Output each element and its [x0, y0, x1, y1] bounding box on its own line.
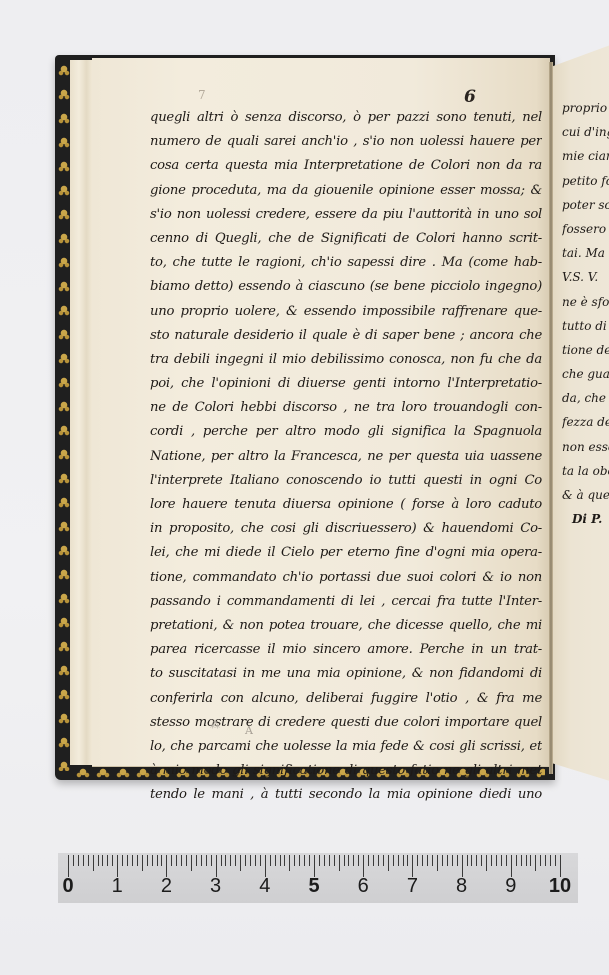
- ruler-tick: [442, 855, 443, 866]
- ruler-tick: [265, 855, 266, 877]
- ruler-tick: [191, 855, 192, 871]
- ruler-tick: [447, 855, 448, 866]
- ruler-tick: [353, 855, 354, 866]
- text-line: pretationi, & non potea trouare, che dic…: [150, 614, 542, 638]
- text-line: l'interprete Italiano conoscendo io tutt…: [150, 469, 542, 493]
- ghost-mark-signature: A: [245, 724, 253, 737]
- text-line: gione proceduta, ma da giouenile opinion…: [150, 179, 542, 203]
- text-line: quegli altri ò senza discorso, ò per paz…: [150, 106, 542, 130]
- text-line: à mio modo gli significatione di questo …: [150, 759, 542, 783]
- ruler-tick: [403, 855, 404, 866]
- ruler-tick: [407, 855, 408, 866]
- right-page-text-line: petito fosse: [562, 169, 609, 193]
- ruler-tick: [476, 855, 477, 866]
- ruler-tick: [324, 855, 325, 866]
- ruler-tick: [501, 855, 502, 866]
- ruler-tick: [206, 855, 207, 866]
- ruler-labels: 012345678910: [58, 875, 578, 901]
- text-line: to suscitatasi in me una mia opinione, &…: [150, 662, 542, 686]
- right-page-text-line: non essere,: [562, 435, 609, 459]
- ruler-tick: [550, 855, 551, 866]
- ruler-tick: [250, 855, 251, 866]
- ruler-tick: [275, 855, 276, 866]
- ruler-tick: [289, 855, 290, 871]
- ruler-label-6: 6: [358, 875, 369, 898]
- ruler-tick: [201, 855, 202, 866]
- ruler-tick: [540, 855, 541, 866]
- right-page-text-line: tai. Ma h: [562, 241, 609, 265]
- ruler-tick: [319, 855, 320, 866]
- ruler-tick: [270, 855, 271, 866]
- right-page-text-line: cui d'ingan: [562, 120, 609, 144]
- book-gutter: [549, 62, 553, 774]
- ruler-tick: [378, 855, 379, 866]
- ruler-tick: [511, 855, 512, 877]
- text-line: to, che tutte le ragioni, ch'io sapessi …: [150, 251, 542, 275]
- ruler-tick: [334, 855, 335, 866]
- ruler-tick: [280, 855, 281, 866]
- text-line: poi, che l'opinioni di diuerse genti int…: [150, 372, 542, 396]
- ruler-tick: [137, 855, 138, 866]
- text-line: Natione, per altro la Francesca, ne per …: [150, 445, 542, 469]
- ruler-tick: [122, 855, 123, 866]
- ruler-tick: [363, 855, 364, 877]
- ruler-tick: [427, 855, 428, 866]
- text-line: conferirla con alcuno, deliberai fuggire…: [150, 687, 542, 711]
- right-page-text-line: tutto di uog: [562, 314, 609, 338]
- ruler-tick: [176, 855, 177, 866]
- ruler-label-9: 9: [505, 875, 516, 898]
- ruler-label-3: 3: [210, 875, 221, 898]
- ruler-tick: [344, 855, 345, 866]
- ruler-tick: [166, 855, 167, 877]
- ruler-tick: [516, 855, 517, 866]
- ruler-tick: [467, 855, 468, 866]
- ruler-tick: [560, 855, 561, 877]
- ruler-label-8: 8: [456, 875, 467, 898]
- ruler-tick: [393, 855, 394, 866]
- ruler-label-5: 5: [308, 875, 319, 898]
- ruler-tick: [309, 855, 310, 866]
- ruler-tick: [329, 855, 330, 866]
- ghost-mark-top: 7: [198, 88, 206, 102]
- ruler-tick: [112, 855, 113, 866]
- ruler-tick: [457, 855, 458, 866]
- ruler-tick: [260, 855, 261, 866]
- text-line: cosa certa questa mia Interpretatione de…: [150, 154, 542, 178]
- ruler-tick: [437, 855, 438, 871]
- ruler-tick: [102, 855, 103, 866]
- ruler-tick: [73, 855, 74, 866]
- ruler-tick: [221, 855, 222, 866]
- ruler-tick: [412, 855, 413, 877]
- ruler-tick: [358, 855, 359, 866]
- ruler-tick: [127, 855, 128, 866]
- ruler-tick: [294, 855, 295, 866]
- ruler-tick: [530, 855, 531, 866]
- text-line: s'io non uolessi credere, essere da piu …: [150, 203, 542, 227]
- text-line: tione, commandato ch'io portassi due suo…: [150, 566, 542, 590]
- left-page-text: quegli altri ò senza discorso, ò per paz…: [150, 106, 542, 807]
- right-page-text-line: & à quella: [562, 483, 609, 507]
- ruler-tick: [181, 855, 182, 866]
- text-line: uno proprio uolere, & essendo impossibil…: [150, 300, 542, 324]
- ruler-tick: [230, 855, 231, 866]
- text-line: ne de Colori hebbi discorso , ne tra lor…: [150, 396, 542, 420]
- ruler-tick: [506, 855, 507, 866]
- text-line: stesso mostrare di credere questi due co…: [150, 711, 542, 735]
- ruler-tick: [98, 855, 99, 866]
- ruler-tick: [422, 855, 423, 866]
- text-line: parea ricercasse il mio sincero amore. P…: [150, 638, 542, 662]
- ruler-tick: [304, 855, 305, 866]
- text-line: tra debili ingegni il mio debilissimo co…: [150, 348, 542, 372]
- text-line: lo, che parcami che uolesse la mia fede …: [150, 735, 542, 759]
- ruler-tick: [68, 855, 69, 877]
- ruler-tick: [225, 855, 226, 866]
- text-line: cenno di Quegli, che de Significati de C…: [150, 227, 542, 251]
- right-page-text-line: mie cianze: [562, 144, 609, 168]
- ruler-tick: [521, 855, 522, 866]
- ruler-tick: [481, 855, 482, 866]
- ruler-tick: [245, 855, 246, 866]
- ruler-tick: [83, 855, 84, 866]
- ruler-tick: [496, 855, 497, 866]
- right-page-text-line: ne è sforza: [562, 290, 609, 314]
- ruler-tick: [373, 855, 374, 866]
- ruler-tick: [398, 855, 399, 866]
- ruler-tick: [545, 855, 546, 866]
- text-line: biamo detto) essendo à ciascuno (se bene…: [150, 275, 542, 299]
- ruler-tick: [186, 855, 187, 866]
- text-line: lore hauere tenuta diuersa opinione ( fo…: [150, 493, 542, 517]
- ruler-tick: [383, 855, 384, 866]
- ruler-tick: [147, 855, 148, 866]
- ruler-tick: [471, 855, 472, 866]
- right-page-text-line: ta la obedie: [562, 459, 609, 483]
- ruler-tick: [88, 855, 89, 866]
- ruler-tick: [339, 855, 340, 871]
- ruler-tick: [486, 855, 487, 871]
- gilt-edge-left-decoration: [58, 61, 70, 771]
- text-line: numero de quali sarei anch'io , s'io non…: [150, 130, 542, 154]
- text-line: in proposito, che cosi gli discriuessero…: [150, 517, 542, 541]
- ruler-tick: [196, 855, 197, 866]
- text-line: passando i commandamenti di lei , cercai…: [150, 590, 542, 614]
- ruler-tick: [348, 855, 349, 866]
- ruler-tick: [462, 855, 463, 877]
- right-page-text-line: Di P.: [562, 507, 609, 531]
- ruler-tick: [211, 855, 212, 866]
- ruler-tick: [555, 855, 556, 866]
- ruler-label-4: 4: [259, 875, 270, 898]
- ruler-tick: [161, 855, 162, 866]
- scale-ruler: 012345678910: [58, 853, 578, 903]
- ruler-tick: [157, 855, 158, 866]
- ruler-tick: [299, 855, 300, 866]
- ruler-tick: [417, 855, 418, 866]
- right-page-text-line: fezza della: [562, 410, 609, 434]
- ruler-tick: [107, 855, 108, 866]
- ruler-tick: [491, 855, 492, 866]
- ruler-tick: [314, 855, 315, 877]
- ruler-tick: [432, 855, 433, 866]
- ruler-tick: [240, 855, 241, 871]
- text-line: sto naturale desiderio il quale è di sap…: [150, 324, 542, 348]
- ghost-mark-smudge: ⁂: [210, 720, 220, 731]
- text-line: cordi , perche per altro modo gli signif…: [150, 420, 542, 444]
- ruler-tick: [526, 855, 527, 866]
- ruler-tick: [93, 855, 94, 871]
- right-page-text-line: V.S. V.: [562, 265, 609, 289]
- right-page-text-line: proprio sig: [562, 96, 609, 120]
- ruler-tick: [452, 855, 453, 866]
- ruler-tick: [368, 855, 369, 866]
- text-line: tendo le mani , à tutti secondo la mia o…: [150, 783, 542, 807]
- ruler-label-10: 10: [549, 875, 571, 898]
- right-page-text-line: poter scriu: [562, 193, 609, 217]
- ruler-tick: [535, 855, 536, 871]
- ruler-label-7: 7: [407, 875, 418, 898]
- ruler-tick: [132, 855, 133, 866]
- right-page-text-line: tione de Co: [562, 338, 609, 362]
- ruler-tick: [235, 855, 236, 866]
- text-line: lei, che mi diede il Cielo per eterno fi…: [150, 541, 542, 565]
- ruler-tick: [117, 855, 118, 877]
- ruler-tick: [142, 855, 143, 871]
- right-page-text: proprio sigcui d'inganmie cianzepetito f…: [562, 96, 609, 531]
- ruler-tick: [216, 855, 217, 877]
- page-number: 6: [464, 87, 476, 107]
- ruler-label-0: 0: [62, 875, 73, 898]
- ruler-label-2: 2: [161, 875, 172, 898]
- ruler-tick: [171, 855, 172, 866]
- ruler-tick: [388, 855, 389, 871]
- ruler-tick: [284, 855, 285, 866]
- right-page-text-line: che guarda: [562, 362, 609, 386]
- right-page-text-line: da, che gios: [562, 386, 609, 410]
- right-page-text-line: fossero ued: [562, 217, 609, 241]
- ruler-label-1: 1: [112, 875, 123, 898]
- ruler-tick: [78, 855, 79, 866]
- ruler-tick: [152, 855, 153, 866]
- ruler-tick: [255, 855, 256, 866]
